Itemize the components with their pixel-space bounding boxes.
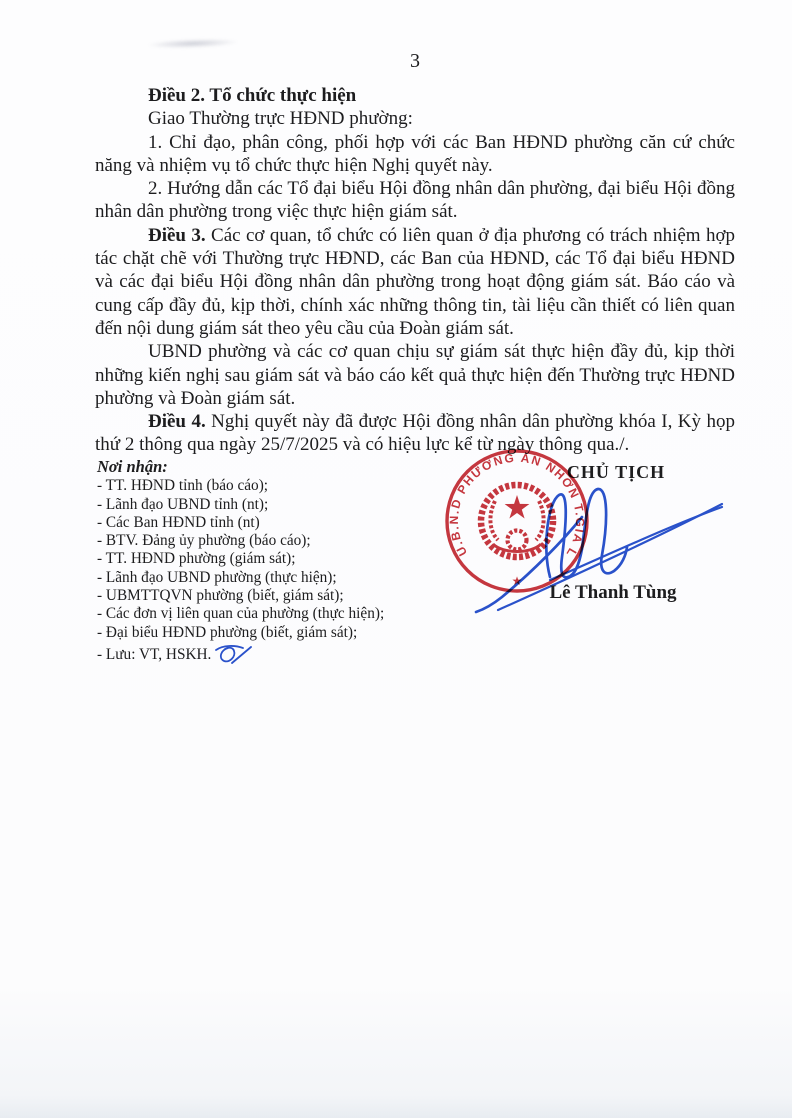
article-3-paragraph-2: UBND phường và các cơ quan chịu sự giám … [95, 340, 735, 410]
document-page: 3 Điều 2. Tổ chức thực hiện Giao Thường … [0, 0, 792, 1118]
recipients-heading: Nơi nhận: [97, 458, 427, 476]
article-2-heading: Điều 2. Tổ chức thực hiện [95, 84, 735, 107]
recipient-item: - Các đơn vị liên quan của phường (thực … [97, 605, 427, 623]
recipient-item: - Lãnh đạo UBND tỉnh (nt); [97, 496, 427, 514]
recipients-block: Nơi nhận: - TT. HĐND tỉnh (báo cáo); - L… [97, 458, 427, 666]
article-4-label: Điều 4. [148, 411, 206, 432]
article-2-clause-2: 2. Hướng dẫn các Tổ đại biểu Hội đồng nh… [95, 177, 735, 224]
article-2-clause-1: 1. Chỉ đạo, phân công, phối hợp với các … [95, 131, 735, 178]
recipient-item: - TT. HĐND tỉnh (báo cáo); [97, 477, 427, 495]
signatory-name: Lê Thanh Tùng [513, 582, 713, 604]
article-3-paragraph: Điều 3. Các cơ quan, tổ chức có liên qua… [95, 224, 735, 340]
article-3-label: Điều 3. [148, 225, 206, 246]
initials-paraph-mark [213, 642, 253, 666]
recipient-item: - Đại biểu HĐND phường (biết, giám sát); [97, 624, 427, 642]
recipient-item: - Lưu: VT, HSKH. [97, 646, 211, 663]
recipient-item-luu: - Lưu: VT, HSKH. [97, 642, 427, 666]
article-2-intro: Giao Thường trực HĐND phường: [95, 107, 735, 130]
recipient-item: - Lãnh đạo UBND phường (thực hiện); [97, 569, 427, 587]
recipient-item: - TT. HĐND phường (giám sát); [97, 550, 427, 568]
article-4-paragraph: Điều 4. Nghị quyết này đã được Hội đồng … [95, 410, 735, 457]
page-number: 3 [95, 50, 735, 73]
document-body: Điều 2. Tổ chức thực hiện Giao Thường tr… [95, 84, 735, 457]
signature-flourish-return [550, 507, 722, 580]
recipient-item: - Các Ban HĐND tỉnh (nt) [97, 514, 427, 532]
recipient-item: - BTV. Đảng ủy phường (báo cáo); [97, 532, 427, 550]
pencil-smudge [148, 37, 238, 49]
recipient-item: - UBMTTQVN phường (biết, giám sát); [97, 587, 427, 605]
